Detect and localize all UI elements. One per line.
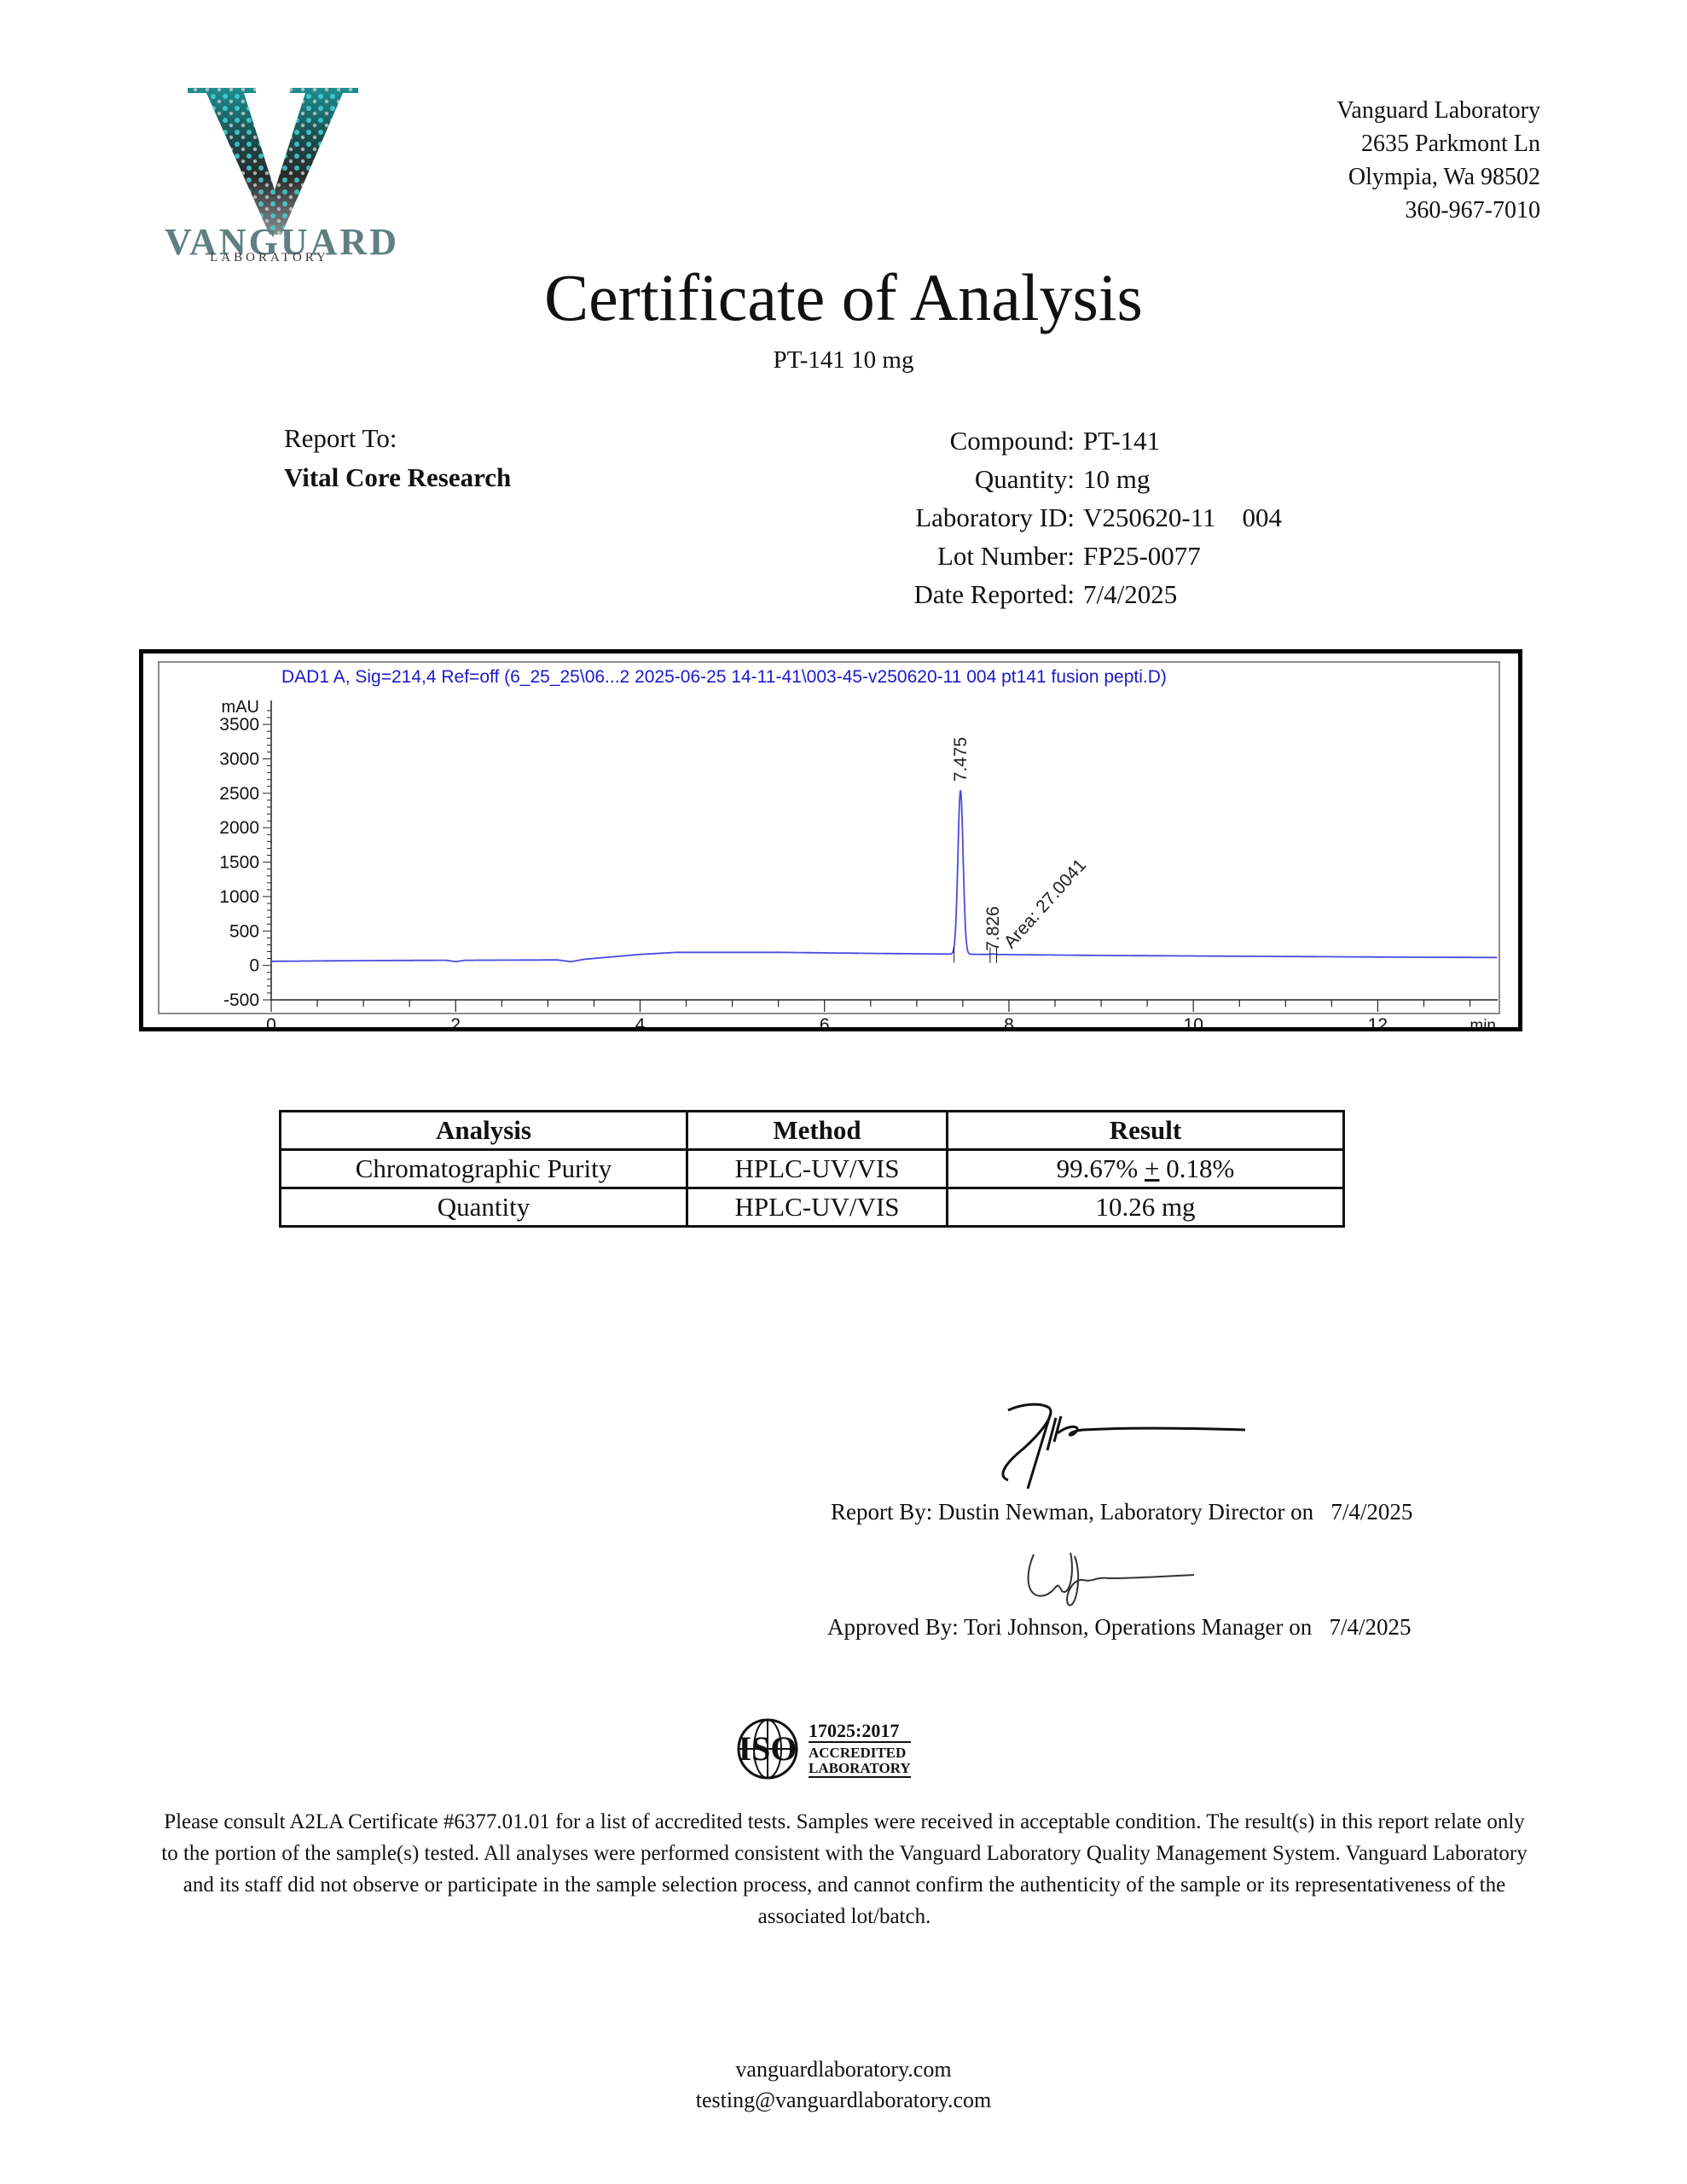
- info-value: 10 mg: [1083, 460, 1150, 498]
- info-row-date-reported: Date Reported: 7/4/2025: [785, 575, 1282, 613]
- report-to-label: Report To:: [284, 423, 397, 454]
- manager-signature-icon: [1023, 1544, 1203, 1612]
- table-header-row: Analysis Method Result: [281, 1112, 1344, 1150]
- logo-subtitle: LABORATORY: [201, 252, 338, 264]
- website-link[interactable]: vanguardlaboratory.com: [0, 2054, 1687, 2085]
- svg-text:12: 12: [1368, 1015, 1388, 1027]
- svg-text:DAD1 A, Sig=214,4 Ref=off (6_2: DAD1 A, Sig=214,4 Ref=off (6_25_25\06...…: [281, 667, 1167, 687]
- info-row-lot-number: Lot Number: FP25-0077: [785, 537, 1282, 575]
- info-value: 7/4/2025: [1083, 575, 1177, 613]
- svg-text:8: 8: [1004, 1015, 1014, 1027]
- svg-text:3000: 3000: [219, 750, 259, 770]
- info-row-compound: Compound: PT-141: [785, 421, 1282, 460]
- cell-result: 99.67% + 0.18%: [948, 1150, 1344, 1188]
- info-label: Quantity:: [785, 460, 1083, 498]
- info-label: Lot Number:: [785, 537, 1083, 575]
- info-label: Laboratory ID:: [785, 498, 1083, 537]
- svg-text:17025:2017: 17025:2017: [809, 1720, 899, 1741]
- table-row: Chromatographic Purity HPLC-UV/VIS 99.67…: [281, 1150, 1344, 1188]
- svg-text:4: 4: [635, 1015, 646, 1027]
- svg-text:7.475: 7.475: [951, 737, 971, 782]
- svg-text:Area: 27.0041: Area: 27.0041: [1000, 856, 1090, 952]
- svg-text:1000: 1000: [219, 887, 259, 907]
- info-row-laboratory-id: Laboratory ID: V250620-11 004: [785, 498, 1282, 537]
- svg-text:10: 10: [1184, 1015, 1203, 1027]
- svg-text:3500: 3500: [219, 715, 259, 735]
- info-label: Compound:: [785, 421, 1083, 460]
- info-value: V250620-11 004: [1083, 498, 1282, 537]
- results-table: Analysis Method Result Chromatographic P…: [279, 1110, 1345, 1228]
- header-result: Result: [948, 1112, 1344, 1150]
- svg-text:LABORATORY: LABORATORY: [809, 1760, 911, 1776]
- document-title: Certificate of Analysis: [0, 264, 1687, 331]
- approved-by-line: Approved By: Tori Johnson, Operations Ma…: [827, 1614, 1412, 1641]
- report-by-line: Report By: Dustin Newman, Laboratory Dir…: [831, 1499, 1412, 1525]
- svg-text:ISO: ISO: [739, 1729, 797, 1768]
- header-analysis: Analysis: [281, 1112, 687, 1150]
- lab-address: Vanguard Laboratory 2635 Parkmont Ln Oly…: [1336, 94, 1540, 227]
- svg-text:2000: 2000: [219, 818, 259, 838]
- report-to-name: Vital Core Research: [284, 462, 511, 493]
- lab-city: Olympia, Wa 98502: [1336, 160, 1540, 194]
- footer: vanguardlaboratory.com testing@vanguardl…: [0, 2054, 1687, 2116]
- plus-minus-sign: +: [1145, 1153, 1159, 1183]
- svg-text:0: 0: [249, 956, 259, 976]
- svg-text:-500: -500: [223, 990, 259, 1010]
- svg-text:500: 500: [229, 921, 259, 941]
- svg-text:6: 6: [820, 1015, 830, 1027]
- iso-accreditation-icon: ISO 17025:2017 ACCREDITED LABORATORY: [725, 1715, 930, 1783]
- info-value: PT-141: [1083, 421, 1160, 460]
- chromatogram: DAD1 A, Sig=214,4 Ref=off (6_25_25\06...…: [139, 649, 1522, 1031]
- lab-name: Vanguard Laboratory: [1336, 94, 1540, 127]
- cell-analysis: Chromatographic Purity: [281, 1150, 687, 1188]
- info-label: Date Reported:: [785, 575, 1083, 613]
- table-row: Quantity HPLC-UV/VIS 10.26 mg: [281, 1188, 1344, 1227]
- lab-phone: 360-967-7010: [1336, 194, 1540, 227]
- header-method: Method: [687, 1112, 948, 1150]
- cell-result: 10.26 mg: [948, 1188, 1344, 1227]
- sample-info: Compound: PT-141 Quantity: 10 mg Laborat…: [785, 421, 1282, 613]
- cell-method: HPLC-UV/VIS: [687, 1188, 948, 1227]
- svg-text:mAU: mAU: [222, 698, 259, 717]
- director-signature-icon: [989, 1399, 1254, 1493]
- svg-text:min: min: [1470, 1017, 1496, 1027]
- cell-method: HPLC-UV/VIS: [687, 1150, 948, 1188]
- info-value: FP25-0077: [1083, 537, 1201, 575]
- result-uncertainty: 0.18%: [1159, 1153, 1234, 1183]
- chromatogram-plot: DAD1 A, Sig=214,4 Ref=off (6_25_25\06...…: [143, 653, 1518, 1027]
- info-row-quantity: Quantity: 10 mg: [785, 460, 1282, 498]
- svg-text:2: 2: [450, 1015, 461, 1027]
- svg-text:ACCREDITED: ACCREDITED: [809, 1745, 906, 1761]
- lab-street: 2635 Parkmont Ln: [1336, 127, 1540, 160]
- svg-text:7.826: 7.826: [983, 906, 1003, 951]
- email-link[interactable]: testing@vanguardlaboratory.com: [0, 2085, 1687, 2116]
- result-value: 99.67%: [1057, 1153, 1145, 1183]
- svg-text:0: 0: [266, 1015, 276, 1027]
- document-subtitle: PT-141 10 mg: [0, 346, 1687, 375]
- svg-text:2500: 2500: [219, 784, 259, 804]
- svg-text:1500: 1500: [219, 853, 259, 873]
- disclaimer-text: Please consult A2LA Certificate #6377.01…: [154, 1806, 1535, 1932]
- cell-analysis: Quantity: [281, 1188, 687, 1227]
- result-value: 10.26 mg: [1095, 1192, 1195, 1222]
